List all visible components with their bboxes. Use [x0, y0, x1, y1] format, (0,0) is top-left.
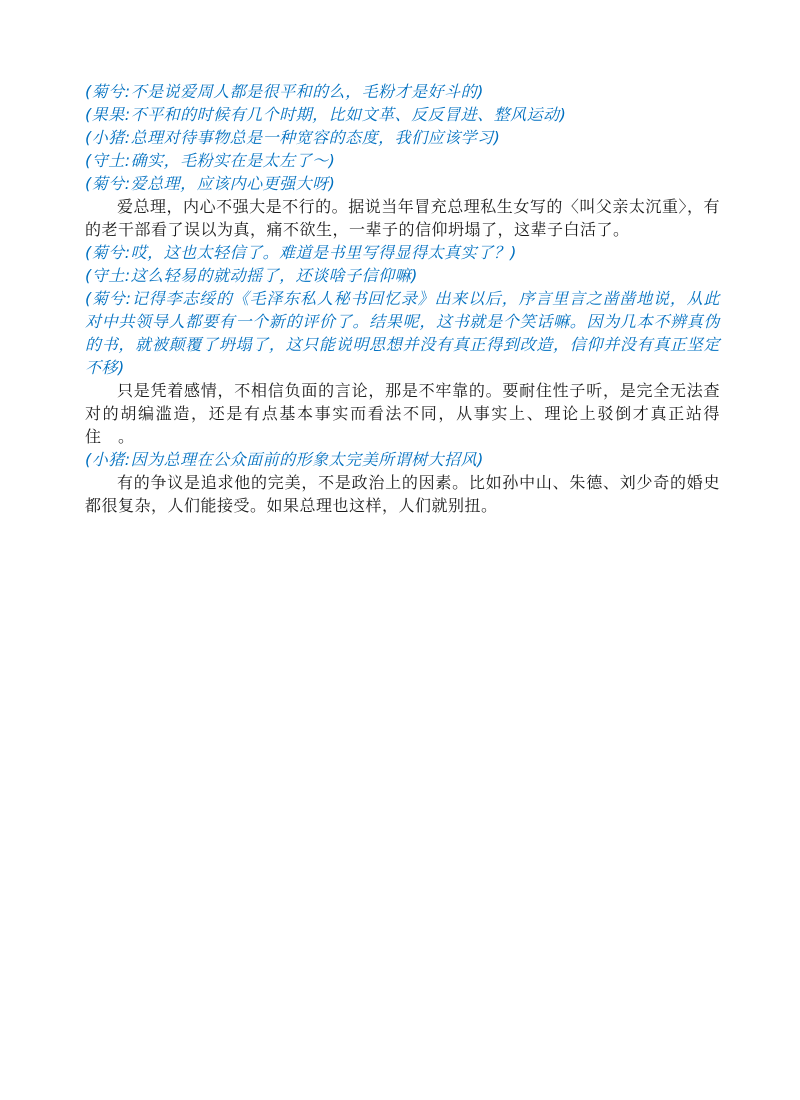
comment-line: (菊兮:记得李志绥的《毛泽东私人秘书回忆录》出来以后，序言里言之凿凿地说，从此对… — [85, 287, 720, 379]
comment-line: (守土:这么轻易的就动摇了，还谈啥子信仰嘛) — [85, 264, 720, 287]
comment-line: (菊兮:不是说爱周人都是很平和的么，毛粉才是好斗的) — [85, 80, 720, 103]
narration-paragraph: 爱总理，内心不强大是不行的。据说当年冒充总理私生女写的〈叫父亲太沉重〉，有的老干… — [85, 195, 720, 241]
comment-line: (菊兮:哎，这也太轻信了。难道是书里写得显得太真实了？) — [85, 241, 720, 264]
document-body: (菊兮:不是说爱周人都是很平和的么，毛粉才是好斗的) (果果:不平和的时候有几个… — [85, 80, 720, 517]
narration-paragraph: 只是凭着感情，不相信负面的言论，那是不牢靠的。要耐住性子听，是完全无法查对的胡编… — [85, 379, 720, 448]
comment-line: (果果:不平和的时候有几个时期，比如文革、反反冒进、整风运动) — [85, 103, 720, 126]
document-page: (菊兮:不是说爱周人都是很平和的么，毛粉才是好斗的) (果果:不平和的时候有几个… — [0, 0, 800, 1100]
comment-line: (菊兮:爱总理，应该内心更强大呀) — [85, 172, 720, 195]
narration-paragraph: 有的争议是追求他的完美，不是政治上的因素。比如孙中山、朱德、刘少奇的婚史都很复杂… — [85, 471, 720, 517]
comment-line: (小猪:因为总理在公众面前的形象太完美所谓树大招风) — [85, 448, 720, 471]
comment-line: (守土:确实，毛粉实在是太左了～) — [85, 149, 720, 172]
comment-line: (小猪:总理对待事物总是一种宽容的态度，我们应该学习) — [85, 126, 720, 149]
